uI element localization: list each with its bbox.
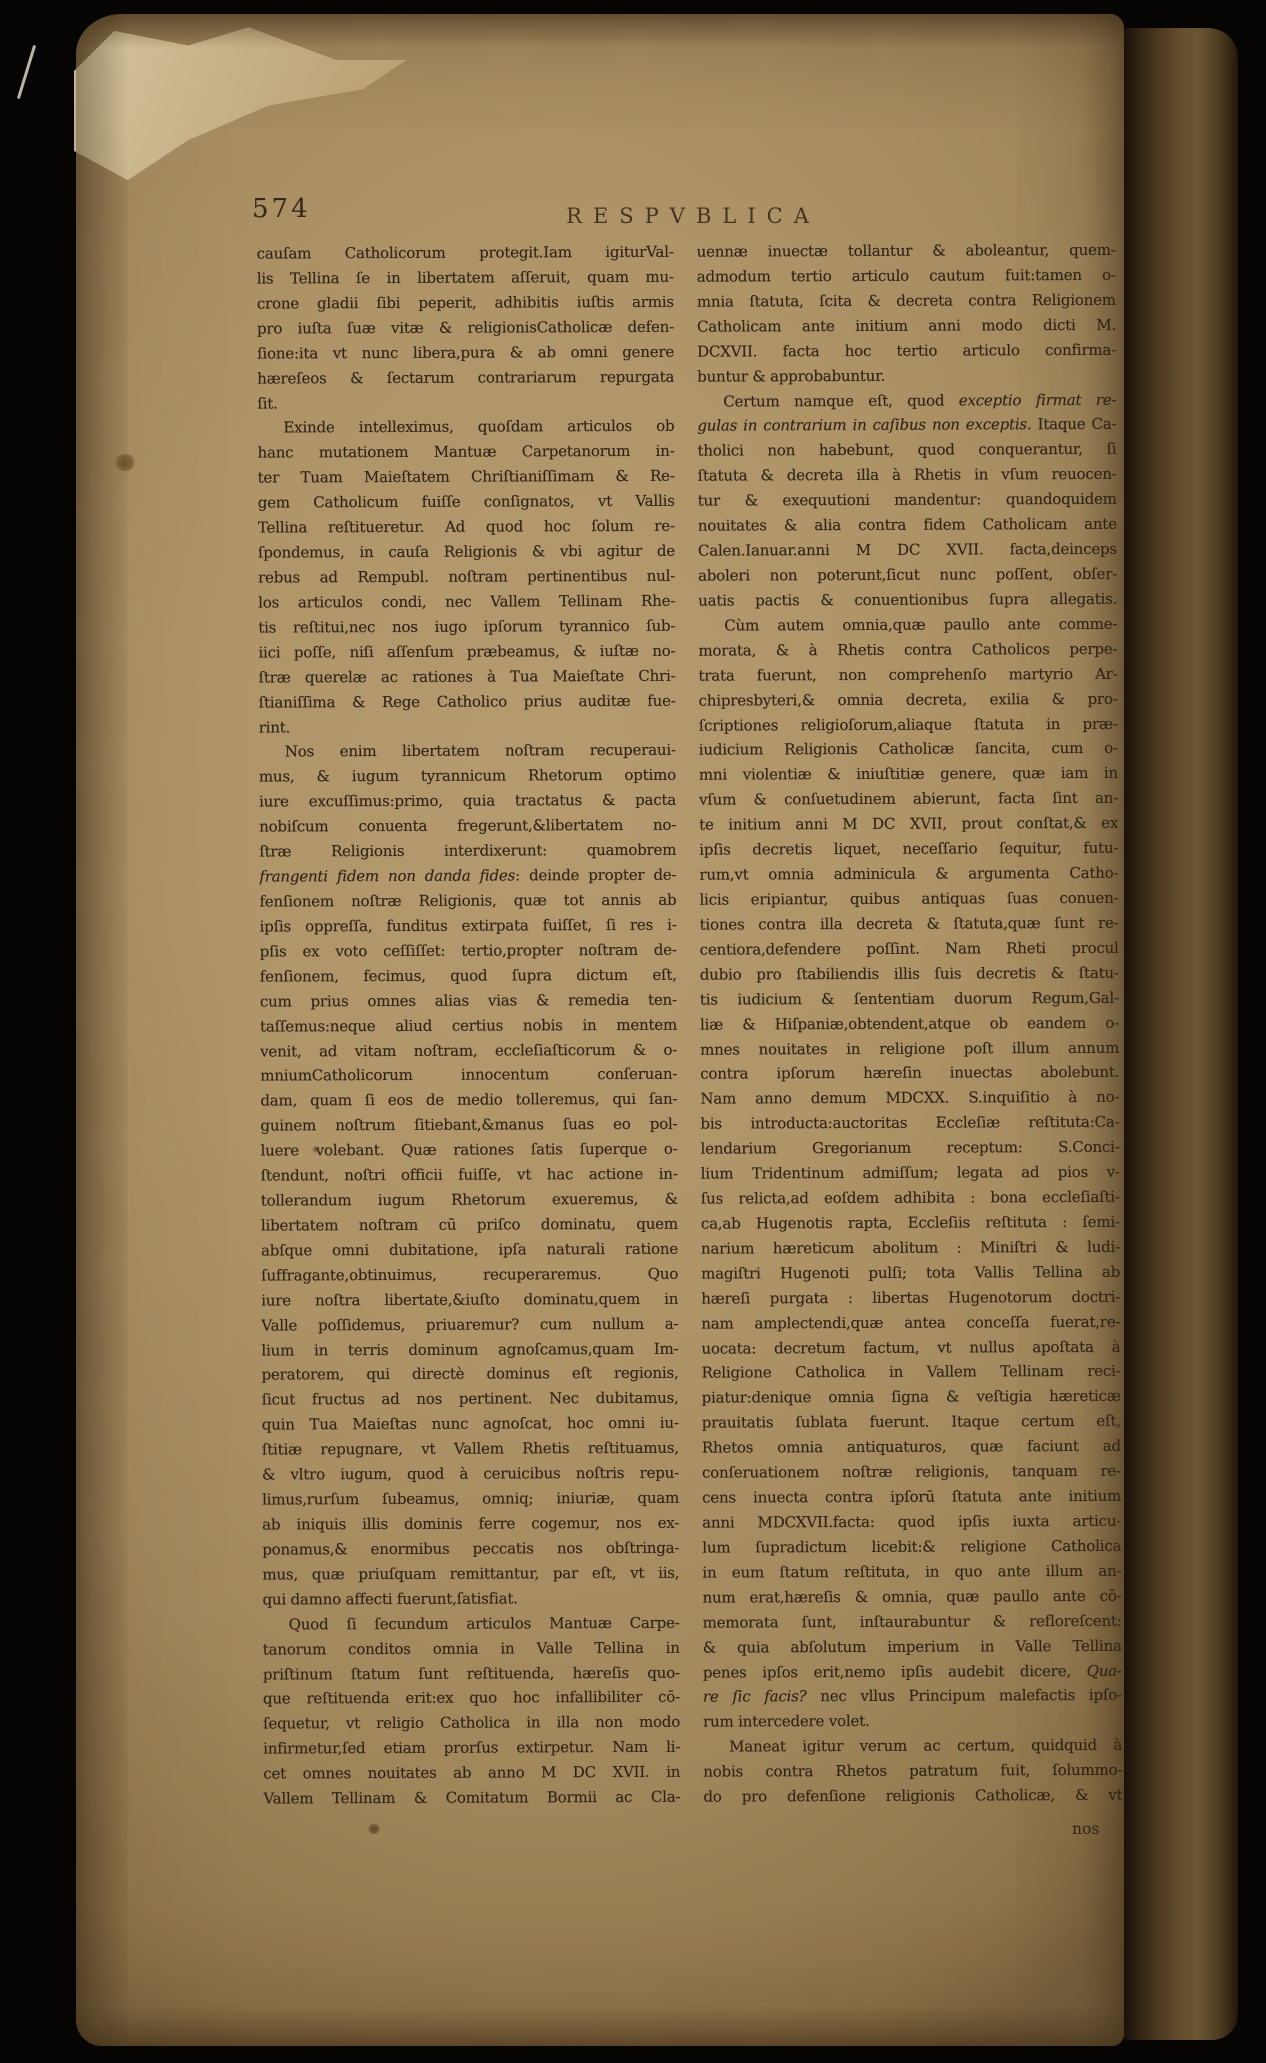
text-segment: lendarium Gregorianum receptum: S.Conci-	[700, 1138, 1119, 1158]
text-line: ca,ab Hugenotis rapta, Eccleſiis reſtitu…	[701, 1210, 1120, 1237]
text-line: rum,vt omnia adminicula & argumenta Cath…	[699, 861, 1118, 888]
text-line: lis Tellina ſe in libertatem aſſeruit, q…	[257, 265, 674, 292]
text-line: ſtræ querelæ ac rationes à Tua Maieſtate…	[258, 663, 675, 690]
text-line: mnes nouitates in religione poſt illum a…	[700, 1035, 1119, 1062]
text-line: mnia ſtatuta, ſcita & decreta contra Rel…	[697, 288, 1116, 315]
text-segment: luere volebant. Quæ rationes ſatis ſuper…	[260, 1140, 677, 1160]
text-segment: lium in terris dominum agnoſcamus,quam I…	[261, 1339, 678, 1359]
text-line: Calen.Ianuar.anni M DC XVII. facta,deinc…	[698, 537, 1117, 564]
text-line: & quia abſolutum imperium in Valle Telli…	[703, 1633, 1122, 1660]
text-line: uocata: decretum factum, vt nullus apoſt…	[701, 1334, 1120, 1361]
text-segment: chipresbyteri,& omnia decreta, exilia & …	[699, 689, 1118, 709]
text-line: contra ipſorum hæreſin inuectas abolebun…	[700, 1060, 1119, 1087]
text-line: vſum & conſuetudinem abierunt, facta ſin…	[699, 786, 1118, 813]
text-segment: Itaque Ca-	[1031, 415, 1116, 433]
text-segment: limus,rurſum ſubeamus, omniq; iniuriæ, q…	[262, 1489, 679, 1509]
text-segment: rint.	[259, 718, 291, 736]
catchword: nos	[1072, 1820, 1099, 1838]
text-segment: ſit.	[257, 394, 277, 412]
text-segment: mus, & iugum tyrannicum Rhetorum optimo	[259, 766, 676, 786]
text-line: pſis ex voto ceſſiſſet: tertio,propter n…	[260, 937, 677, 964]
text-line: chipresbyteri,& omnia decreta, exilia & …	[699, 686, 1118, 713]
text-segment: uennæ inuectæ tollantur & aboleantur, qu…	[697, 241, 1116, 261]
text-segment: ſicut fructus ad nos pertinent. Nec dubi…	[262, 1389, 679, 1409]
text-line: aboleri non poterunt,ſicut nunc poſſent,…	[698, 562, 1117, 589]
text-segment: tholici non habebunt, quod conquerantur,…	[697, 440, 1116, 460]
text-line: infirmetur,ſed etiam prorſus extirpetur.…	[263, 1735, 680, 1762]
text-line: penes ipſos erit,nemo ipſis audebit dice…	[703, 1658, 1122, 1685]
text-segment: uatis pactis & conuentionibus ſupra alle…	[698, 590, 1117, 610]
text-segment: Maneat igitur verum ac certum, quidquid …	[729, 1736, 1122, 1756]
text-line: ſtitiæ repugnare, vt Vallem Rhetis reſti…	[262, 1436, 679, 1463]
text-segment: do pro defenſione religionis Catholicæ, …	[703, 1786, 1122, 1806]
text-segment: Tellina reſtitueretur. Ad quod hoc ſolum…	[258, 517, 675, 537]
text-line: taſſemus:neque aliud certius nobis in me…	[260, 1012, 677, 1039]
text-segment: cet omnes nouitates ab anno M DC XVII. i…	[263, 1763, 680, 1783]
text-segment: : deinde propter de-	[515, 866, 676, 885]
text-segment: prauitatis ſublata fuerunt. Itaque certu…	[702, 1412, 1121, 1432]
text-segment: ab iniquis illis dominis ferre cogemur, …	[262, 1514, 679, 1534]
text-segment: DCXVII. facta hoc tertio articulo confir…	[697, 340, 1116, 360]
text-segment: nam amplectendi,quæ antea conceſſa fuera…	[701, 1312, 1120, 1332]
book-page: 574 RESPVBLICA cauſam Catholicorum prote…	[76, 14, 1124, 2046]
italic-text-segment: exceptio firmat re-	[959, 390, 1117, 409]
text-line: rebus ad Rempubl. noſtram pertinentibus …	[258, 564, 675, 591]
text-line: Vallem Tellinam & Comitatum Bormii ac Cl…	[263, 1785, 680, 1812]
text-line: tis iudicium & ſententiam duorum Regum,G…	[700, 985, 1119, 1012]
text-line: tiones contra illa decreta & ſtatuta,quæ…	[699, 911, 1118, 938]
text-line: piatur:denique omnia ſigna & veſtigia hæ…	[702, 1384, 1121, 1411]
text-segment: iici poſſe, niſi aſſenſum præbeamus, & i…	[258, 641, 675, 661]
text-segment: te initium anni M DC XVII, prout conſtat…	[699, 814, 1118, 834]
text-line: gem Catholicum fuiſſe conſignatos, vt Va…	[258, 489, 675, 516]
text-line: ipſis decretis liquet, neceſſario ſequit…	[699, 836, 1118, 863]
text-segment: contra ipſorum hæreſin inuectas abolebun…	[700, 1063, 1119, 1083]
text-segment: pſis ex voto ceſſiſſet: tertio,propter n…	[260, 940, 677, 960]
text-line: do pro defenſione religionis Catholicæ, …	[703, 1783, 1122, 1810]
text-segment: bis introducta:auctoritas Eccleſiæ reſti…	[700, 1113, 1119, 1133]
text-segment: narium hæreticum abolitum : Miniſtri & l…	[701, 1238, 1120, 1258]
text-line: memorata ſunt, inſtaurabuntur & refloreſ…	[703, 1608, 1122, 1635]
text-line: ſione:ita vt nunc libera,pura & ab omni …	[257, 339, 674, 366]
text-segment: que reſtituenda erit:ex quo hoc infallib…	[263, 1688, 680, 1708]
text-line: fenſionem, fecimus, quod ſupra dictum eſ…	[260, 962, 677, 989]
text-line: mus, quæ priuſquam remittantur, par eſt,…	[262, 1561, 679, 1588]
text-line: iici poſſe, niſi aſſenſum præbeamus, & i…	[258, 638, 675, 665]
text-segment: quin Tua Maieſtas nunc agnoſcat, hoc omn…	[262, 1414, 679, 1434]
text-segment: Exinde intelleximus, quoſdam articulos o…	[283, 417, 674, 437]
text-line: qui damno affecti fuerunt,ſatisfiat.	[262, 1585, 679, 1612]
text-line: Maneat igitur verum ac certum, quidquid …	[703, 1733, 1122, 1760]
text-segment: ſcriptiones religioſorum,aliaque ſtatuta…	[699, 714, 1118, 734]
text-line: libertatem noſtram cū priſco dominatu, q…	[261, 1212, 678, 1239]
text-segment: iure excuſſimus:primo, quia tractatus & …	[259, 791, 676, 811]
text-line: hanc mutationem Mantuæ Carpetanorum in-	[257, 439, 674, 466]
text-line: peratorem, qui directè dominus eſt regio…	[261, 1361, 678, 1388]
text-segment: ſus relicta,ad eoſdem adhibita : bona ec…	[701, 1188, 1120, 1208]
text-segment: lum ſupradictum licebit:& religione Cath…	[702, 1537, 1121, 1557]
text-line: lendarium Gregorianum receptum: S.Conci-	[700, 1135, 1119, 1162]
text-segment: mnes nouitates in religione poſt illum a…	[700, 1038, 1119, 1058]
text-segment: nobiſcum conuenta fregerunt,&libertatem …	[259, 816, 676, 836]
text-segment: nobis contra Rhetos patratum fuit, ſolum…	[703, 1761, 1122, 1781]
text-segment: Quod ſi ſecundum articulos Mantuæ Carpe-	[289, 1613, 680, 1633]
text-segment: lis Tellina ſe in libertatem aſſeruit, q…	[257, 268, 674, 288]
text-segment: hæreſeos & ſectarum contrariarum repurga…	[257, 367, 674, 387]
text-line: cet omnes nouitates ab anno M DC XVII. i…	[263, 1760, 680, 1787]
text-segment: ter Tuam Maieſtatem Chriſtianiſſimam & R…	[258, 467, 675, 487]
text-line: nam amplectendi,quæ antea conceſſa fuera…	[701, 1309, 1120, 1336]
text-line: Religione Catholica in Vallem Tellinam r…	[701, 1359, 1120, 1386]
text-segment: nouitates & alia contra fidem Catholicam…	[698, 515, 1117, 535]
text-segment: penes ipſos erit,nemo ipſis audebit dice…	[703, 1661, 1087, 1681]
text-segment: mni violentiæ & iniuſtitiæ genere, quæ i…	[699, 764, 1118, 784]
text-segment: vſum & conſuetudinem abierunt, facta ſin…	[699, 789, 1118, 809]
text-segment: piatur:denique omnia ſigna & veſtigia hæ…	[702, 1387, 1121, 1407]
text-line: Valle poſſidemus, priuaremur? cum nullum…	[261, 1311, 678, 1338]
text-line: tollerandum iugum Rhetorum exueremus, &	[261, 1187, 678, 1214]
text-line: prauitatis ſublata fuerunt. Itaque certu…	[702, 1409, 1121, 1436]
text-segment: ponamus,& enormibus peccatis nos obſtrin…	[262, 1539, 679, 1559]
text-segment: & quia abſolutum imperium in Valle Telli…	[703, 1636, 1122, 1656]
text-line: trata fuerunt, non comprehenſo martyrio …	[698, 661, 1117, 688]
text-line: fenſionem noſtræ Religionis, quæ tot ann…	[259, 888, 676, 915]
text-segment: tis reſtitui,nec nos iugo ipſorum tyrann…	[258, 616, 675, 636]
text-segment: hæreſi purgata : libertas Hugenotorum do…	[701, 1287, 1120, 1307]
text-line: DCXVII. facta hoc tertio articulo confir…	[697, 337, 1116, 364]
text-segment: centiora,defendere poſſint. Nam Rheti pr…	[700, 939, 1119, 959]
text-line: anni MDCXVII.facta: quod ipſis iuxta art…	[702, 1509, 1121, 1536]
text-line: mni violentiæ & iniuſtitiæ genere, quæ i…	[699, 761, 1118, 788]
text-segment: infirmetur,ſed etiam prorſus extirpetur.…	[263, 1738, 680, 1758]
text-segment: priſtinum ſtatum ſunt reſtituenda, hæreſ…	[263, 1663, 680, 1683]
text-line: admodum tertio articulo cautum fuit:tame…	[697, 263, 1116, 290]
text-segment: iure noſtra libertate,&iuſto dominatu,qu…	[261, 1289, 678, 1309]
text-segment: Catholicam ante initium anni modo dicti …	[697, 316, 1116, 336]
text-segment: liæ & Hiſpaniæ,obtendent,atque ob eandem…	[700, 1013, 1119, 1033]
text-segment: iudicium Religionis Catholicæ ſancita, c…	[699, 739, 1118, 759]
text-line: Nam anno demum MDCXX. S.inquiſitio à no-	[700, 1085, 1119, 1112]
text-line: iure excuſſimus:primo, quia tractatus & …	[259, 788, 676, 815]
text-line: in eum ſtatum reſtituta, in quo ante ill…	[702, 1559, 1121, 1586]
text-line: liæ & Hiſpaniæ,obtendent,atque ob eandem…	[700, 1010, 1119, 1037]
text-line: morata, & à Rhetis contra Catholicos per…	[698, 636, 1117, 663]
text-segment: cum prius omnes alias vias & remedia ten…	[260, 990, 677, 1010]
text-line: bis introducta:auctoritas Eccleſiæ reſti…	[700, 1110, 1119, 1137]
text-line: ponamus,& enormibus peccatis nos obſtrin…	[262, 1536, 679, 1563]
text-segment: magiſtri Hugenoti pulſi; tota Vallis Tel…	[701, 1263, 1120, 1283]
text-segment: rebus ad Rempubl. noſtram pertinentibus …	[258, 567, 675, 587]
text-segment: ſtræ querelæ ac rationes à Tua Maieſtate…	[258, 666, 675, 686]
text-line: Cùm autem omnia,quæ paullo ante comme-	[698, 612, 1117, 639]
text-segment: ſtræ Religionis interdixerunt: quamobrem	[259, 841, 676, 861]
text-line: abſque omni dubitatione, ipſa naturali r…	[261, 1237, 678, 1264]
text-segment: cauſam Catholicorum protegit.Iam igiturV…	[257, 243, 674, 263]
text-segment: taſſemus:neque aliud certius nobis in me…	[260, 1015, 677, 1035]
text-line: lum ſupradictum licebit:& religione Cath…	[702, 1534, 1121, 1561]
text-line: ſicut fructus ad nos pertinent. Nec dubi…	[262, 1386, 679, 1413]
text-line: ſus relicta,ad eoſdem adhibita : bona ec…	[701, 1185, 1120, 1212]
text-line: hæreſi purgata : libertas Hugenotorum do…	[701, 1284, 1120, 1311]
text-segment: ſpondemus, in cauſa Religionis & vbi agi…	[258, 542, 675, 562]
text-line: ter Tuam Maieſtatem Chriſtianiſſimam & R…	[258, 464, 675, 491]
text-segment: tanorum conditos omnia in Valle Tellina …	[263, 1638, 680, 1658]
text-line: gulas in contrarium in caſibus non excep…	[697, 412, 1116, 439]
text-segment: tur & exequutioni mandentur: quandoquide…	[698, 490, 1117, 510]
text-segment: trata fuerunt, non comprehenſo martyrio …	[698, 664, 1117, 684]
text-line: licis eripiantur, quibus antiquas ſuas c…	[699, 886, 1118, 913]
text-line: ſtianiſſima & Rege Catholico prius audit…	[259, 688, 676, 715]
text-segment: nec vllus Principum malefactis ipſo-	[806, 1686, 1122, 1705]
text-line: rum intercedere volet.	[703, 1708, 1122, 1735]
text-segment: fenſionem, fecimus, quod ſupra dictum eſ…	[260, 965, 677, 985]
text-line: tis reſtitui,nec nos iugo ipſorum tyrann…	[258, 613, 675, 640]
text-segment: tollerandum iugum Rhetorum exueremus, &	[261, 1190, 678, 1210]
text-segment: ipſis decretis liquet, neceſſario ſequit…	[699, 839, 1118, 859]
text-line: los articulos condi, nec Vallem Tellinam…	[258, 589, 675, 616]
italic-text-segment: gulas in contrarium in caſibus non excep…	[697, 416, 1031, 435]
text-segment: pro iuſta ſuæ vitæ & religionisCatholicæ…	[257, 317, 674, 337]
text-segment: licis eripiantur, quibus antiquas ſuas c…	[699, 889, 1118, 909]
text-segment: mniumCatholicorum innocentum conſeruan-	[260, 1065, 677, 1085]
text-segment: venit, ad vitam noſtram, eccleſiaſticoru…	[260, 1040, 677, 1060]
text-segment: rum,vt omnia adminicula & argumenta Cath…	[699, 864, 1118, 884]
text-segment: dam, quam ſi eos de medio tolleremus, qu…	[260, 1090, 677, 1110]
text-segment: Calen.Ianuar.anni M DC XVII. facta,deinc…	[698, 540, 1117, 560]
text-line: ſtatuta & decreta illa à Rhetis in vſum …	[698, 462, 1117, 489]
text-segment: ſuffragante,obtinuimus, recuperaremus. Q…	[261, 1264, 678, 1284]
text-line: tholici non habebunt, quod conquerantur,…	[697, 437, 1116, 464]
text-line: rint.	[259, 713, 676, 740]
text-line: nouitates & alia contra fidem Catholicam…	[698, 512, 1117, 539]
text-segment: ſione:ita vt nunc libera,pura & ab omni …	[257, 342, 674, 362]
italic-text-segment: Qua-	[1087, 1661, 1122, 1679]
text-segment: hanc mutationem Mantuæ Carpetanorum in-	[257, 442, 674, 462]
text-segment: libertatem noſtram cū priſco dominatu, q…	[261, 1215, 678, 1235]
text-line: uatis pactis & conuentionibus ſupra alle…	[698, 587, 1117, 614]
text-line: mniumCatholicorum innocentum conſeruan-	[260, 1062, 677, 1089]
text-segment: peratorem, qui directè dominus eſt regio…	[261, 1364, 678, 1384]
text-segment: mus, quæ priuſquam remittantur, par eſt,…	[262, 1564, 679, 1584]
text-segment: num erat,hæreſis & omnia, quæ paullo ant…	[702, 1587, 1121, 1607]
text-line: Certum namque eſt, quod exceptio firmat …	[697, 387, 1116, 414]
text-line: ſtræ Religionis interdixerunt: quamobrem	[259, 838, 676, 865]
text-line: cum prius omnes alias vias & remedia ten…	[260, 987, 677, 1014]
text-line: centiora,defendere poſſint. Nam Rheti pr…	[700, 936, 1119, 963]
text-segment: ſequetur, vt religio Catholica in illa n…	[263, 1713, 680, 1733]
text-line: uennæ inuectæ tollantur & aboleantur, qu…	[697, 238, 1116, 265]
text-segment: Religione Catholica in Vallem Tellinam r…	[701, 1362, 1120, 1382]
text-segment: Rhetos omnia antiquaturos, quæ faciunt a…	[702, 1437, 1121, 1457]
text-segment: anni MDCXVII.facta: quod ipſis iuxta art…	[702, 1512, 1121, 1532]
text-line: lium Tridentinum admiſſum; legata ad pio…	[701, 1160, 1120, 1187]
text-block: cauſam Catholicorum protegit.Iam igiturV…	[72, 12, 1129, 2049]
text-segment: los articulos condi, nec Vallem Tellinam…	[258, 592, 675, 612]
text-line: nobis contra Rhetos patratum fuit, ſolum…	[703, 1758, 1122, 1785]
text-segment: Nam anno demum MDCXX. S.inquiſitio à no-	[700, 1088, 1119, 1108]
text-segment: ſtitiæ repugnare, vt Vallem Rhetis reſti…	[262, 1439, 679, 1459]
text-line: num erat,hæreſis & omnia, quæ paullo ant…	[702, 1584, 1121, 1611]
text-line: mus, & iugum tyrannicum Rhetorum optimo	[259, 763, 676, 790]
text-column-left: cauſam Catholicorum protegit.Iam igiturV…	[257, 240, 681, 1812]
text-line: Tellina reſtitueretur. Ad quod hoc ſolum…	[258, 514, 675, 541]
text-segment: guinem noſtrum ſitiebant,&manus ſuas eo …	[260, 1115, 677, 1135]
text-segment: mnia ſtatuta, ſcita & decreta contra Rel…	[697, 291, 1116, 311]
text-line: Rhetos omnia antiquaturos, quæ faciunt a…	[702, 1434, 1121, 1461]
text-segment: tis iudicium & ſententiam duorum Regum,G…	[700, 988, 1119, 1008]
text-line: dubio pro ſtabiliendis illis ſuis decret…	[700, 960, 1119, 987]
text-segment: uocata: decretum factum, vt nullus apoſt…	[701, 1337, 1120, 1357]
text-segment: gem Catholicum fuiſſe conſignatos, vt Va…	[258, 492, 675, 512]
text-segment: ſtianiſſima & Rege Catholico prius audit…	[259, 691, 676, 711]
scratch-mark	[17, 45, 36, 99]
text-line: limus,rurſum ſubeamus, omniq; iniuriæ, q…	[262, 1486, 679, 1513]
text-line: ſequetur, vt religio Catholica in illa n…	[263, 1710, 680, 1737]
text-column-right: uennæ inuectæ tollantur & aboleantur, qu…	[697, 238, 1123, 1810]
text-line: magiſtri Hugenoti pulſi; tota Vallis Tel…	[701, 1260, 1120, 1287]
text-segment: rum intercedere volet.	[703, 1712, 870, 1731]
text-segment: Nos enim libertatem noſtram recuperaui-	[285, 741, 676, 761]
text-segment: cens inuecta contra ipſorū ſtatuta ante …	[702, 1487, 1121, 1507]
text-line: iure noſtra libertate,&iuſto dominatu,qu…	[261, 1286, 678, 1313]
text-segment: & vltro iugum, quod à ceruicibus noſtris…	[262, 1464, 679, 1484]
text-line: ſit.	[257, 389, 674, 416]
text-segment: abſque omni dubitatione, ipſa naturali r…	[261, 1240, 678, 1260]
text-segment: Valle poſſidemus, priuaremur? cum nullum…	[261, 1314, 678, 1334]
text-line: tur & exequutioni mandentur: quandoquide…	[698, 487, 1117, 514]
text-line: re ſic facis? nec vllus Principum malefa…	[703, 1683, 1122, 1710]
text-line: te initium anni M DC XVII, prout conſtat…	[699, 811, 1118, 838]
text-line: cauſam Catholicorum protegit.Iam igiturV…	[257, 240, 674, 267]
text-segment: ipſis oppreſſa, funditus extirpata fuiſſ…	[260, 916, 677, 936]
text-segment: fenſionem noſtræ Religionis, quæ tot ann…	[259, 891, 676, 911]
text-segment: Certum namque eſt, quod	[723, 391, 959, 410]
text-segment: buntur & approbabuntur.	[697, 366, 885, 385]
text-line: narium hæreticum abolitum : Miniſtri & l…	[701, 1235, 1120, 1262]
text-segment: tiones contra illa decreta & ſtatuta,quæ…	[700, 914, 1119, 934]
text-line: dam, quam ſi eos de medio tolleremus, qu…	[260, 1087, 677, 1114]
text-line: priſtinum ſtatum ſunt reſtituenda, hæreſ…	[263, 1660, 680, 1687]
text-segment: ca,ab Hugenotis rapta, Eccleſiis reſtitu…	[701, 1213, 1120, 1233]
book-fore-edge	[1120, 28, 1238, 2040]
text-line: ipſis oppreſſa, funditus extirpata fuiſſ…	[259, 913, 676, 940]
text-line: lium in terris dominum agnoſcamus,quam I…	[261, 1336, 678, 1363]
text-line: buntur & approbabuntur.	[697, 362, 1116, 389]
text-segment: aboleri non poterunt,ſicut nunc poſſent,…	[698, 565, 1117, 585]
text-line: conſeruationem noſtræ religionis, tanqua…	[702, 1459, 1121, 1486]
text-line: frangenti fidem non danda fides: deinde …	[259, 863, 676, 890]
text-segment: memorata ſunt, inſtaurabuntur & refloreſ…	[703, 1611, 1122, 1631]
text-segment: morata, & à Rhetis contra Catholicos per…	[698, 639, 1117, 659]
text-line: Catholicam ante initium anni modo dicti …	[697, 313, 1116, 340]
text-line: luere volebant. Quæ rationes ſatis ſuper…	[260, 1137, 677, 1164]
text-segment: ſtendunt, noſtri officii fuiſſe, vt hac …	[261, 1165, 678, 1185]
text-segment: in eum ſtatum reſtituta, in quo ante ill…	[702, 1562, 1121, 1582]
text-segment: crone gladii ſibi peperit, adhibitis iuſ…	[257, 293, 674, 313]
text-segment: Cùm autem omnia,quæ paullo ante comme-	[724, 615, 1117, 635]
text-segment: qui damno affecti fuerunt,ſatisfiat.	[262, 1589, 517, 1608]
text-line: tanorum conditos omnia in Valle Tellina …	[263, 1635, 680, 1662]
text-segment: admodum tertio articulo cautum fuit:tame…	[697, 266, 1116, 286]
text-line: ſtendunt, noſtri officii fuiſſe, vt hac …	[261, 1162, 678, 1189]
text-line: Quod ſi ſecundum articulos Mantuæ Carpe-	[263, 1610, 680, 1637]
italic-text-segment: re ſic facis?	[703, 1688, 807, 1706]
text-segment: lium Tridentinum admiſſum; legata ad pio…	[701, 1163, 1120, 1183]
text-line: ſcriptiones religioſorum,aliaque ſtatuta…	[699, 711, 1118, 738]
text-line: nobiſcum conuenta fregerunt,&libertatem …	[259, 813, 676, 840]
text-line: venit, ad vitam noſtram, eccleſiaſticoru…	[260, 1037, 677, 1064]
text-line: ab iniquis illis dominis ferre cogemur, …	[262, 1511, 679, 1538]
text-line: iudicium Religionis Catholicæ ſancita, c…	[699, 736, 1118, 763]
text-line: que reſtituenda erit:ex quo hoc infallib…	[263, 1685, 680, 1712]
photo-background: 574 RESPVBLICA cauſam Catholicorum prote…	[0, 0, 1266, 2063]
text-segment: dubio pro ſtabiliendis illis ſuis decret…	[700, 963, 1119, 983]
italic-text-segment: frangenti fidem non danda fides	[259, 866, 515, 885]
text-segment: conſeruationem noſtræ religionis, tanqua…	[702, 1462, 1121, 1482]
text-line: pro iuſta ſuæ vitæ & religionisCatholicæ…	[257, 314, 674, 341]
text-line: guinem noſtrum ſitiebant,&manus ſuas eo …	[260, 1112, 677, 1139]
text-line: hæreſeos & ſectarum contrariarum repurga…	[257, 364, 674, 391]
text-line: crone gladii ſibi peperit, adhibitis iuſ…	[257, 290, 674, 317]
text-segment: ſtatuta & decreta illa à Rhetis in vſum …	[698, 465, 1117, 485]
text-line: Exinde intelleximus, quoſdam articulos o…	[257, 414, 674, 441]
text-line: & vltro iugum, quod à ceruicibus noſtris…	[262, 1461, 679, 1488]
text-line: Nos enim libertatem noſtram recuperaui-	[259, 738, 676, 765]
text-line: ſpondemus, in cauſa Religionis & vbi agi…	[258, 539, 675, 566]
text-line: ſuffragante,obtinuimus, recuperaremus. Q…	[261, 1261, 678, 1288]
text-line: quin Tua Maieſtas nunc agnoſcat, hoc omn…	[262, 1411, 679, 1438]
text-line: cens inuecta contra ipſorū ſtatuta ante …	[702, 1484, 1121, 1511]
text-segment: Vallem Tellinam & Comitatum Bormii ac Cl…	[263, 1788, 680, 1808]
